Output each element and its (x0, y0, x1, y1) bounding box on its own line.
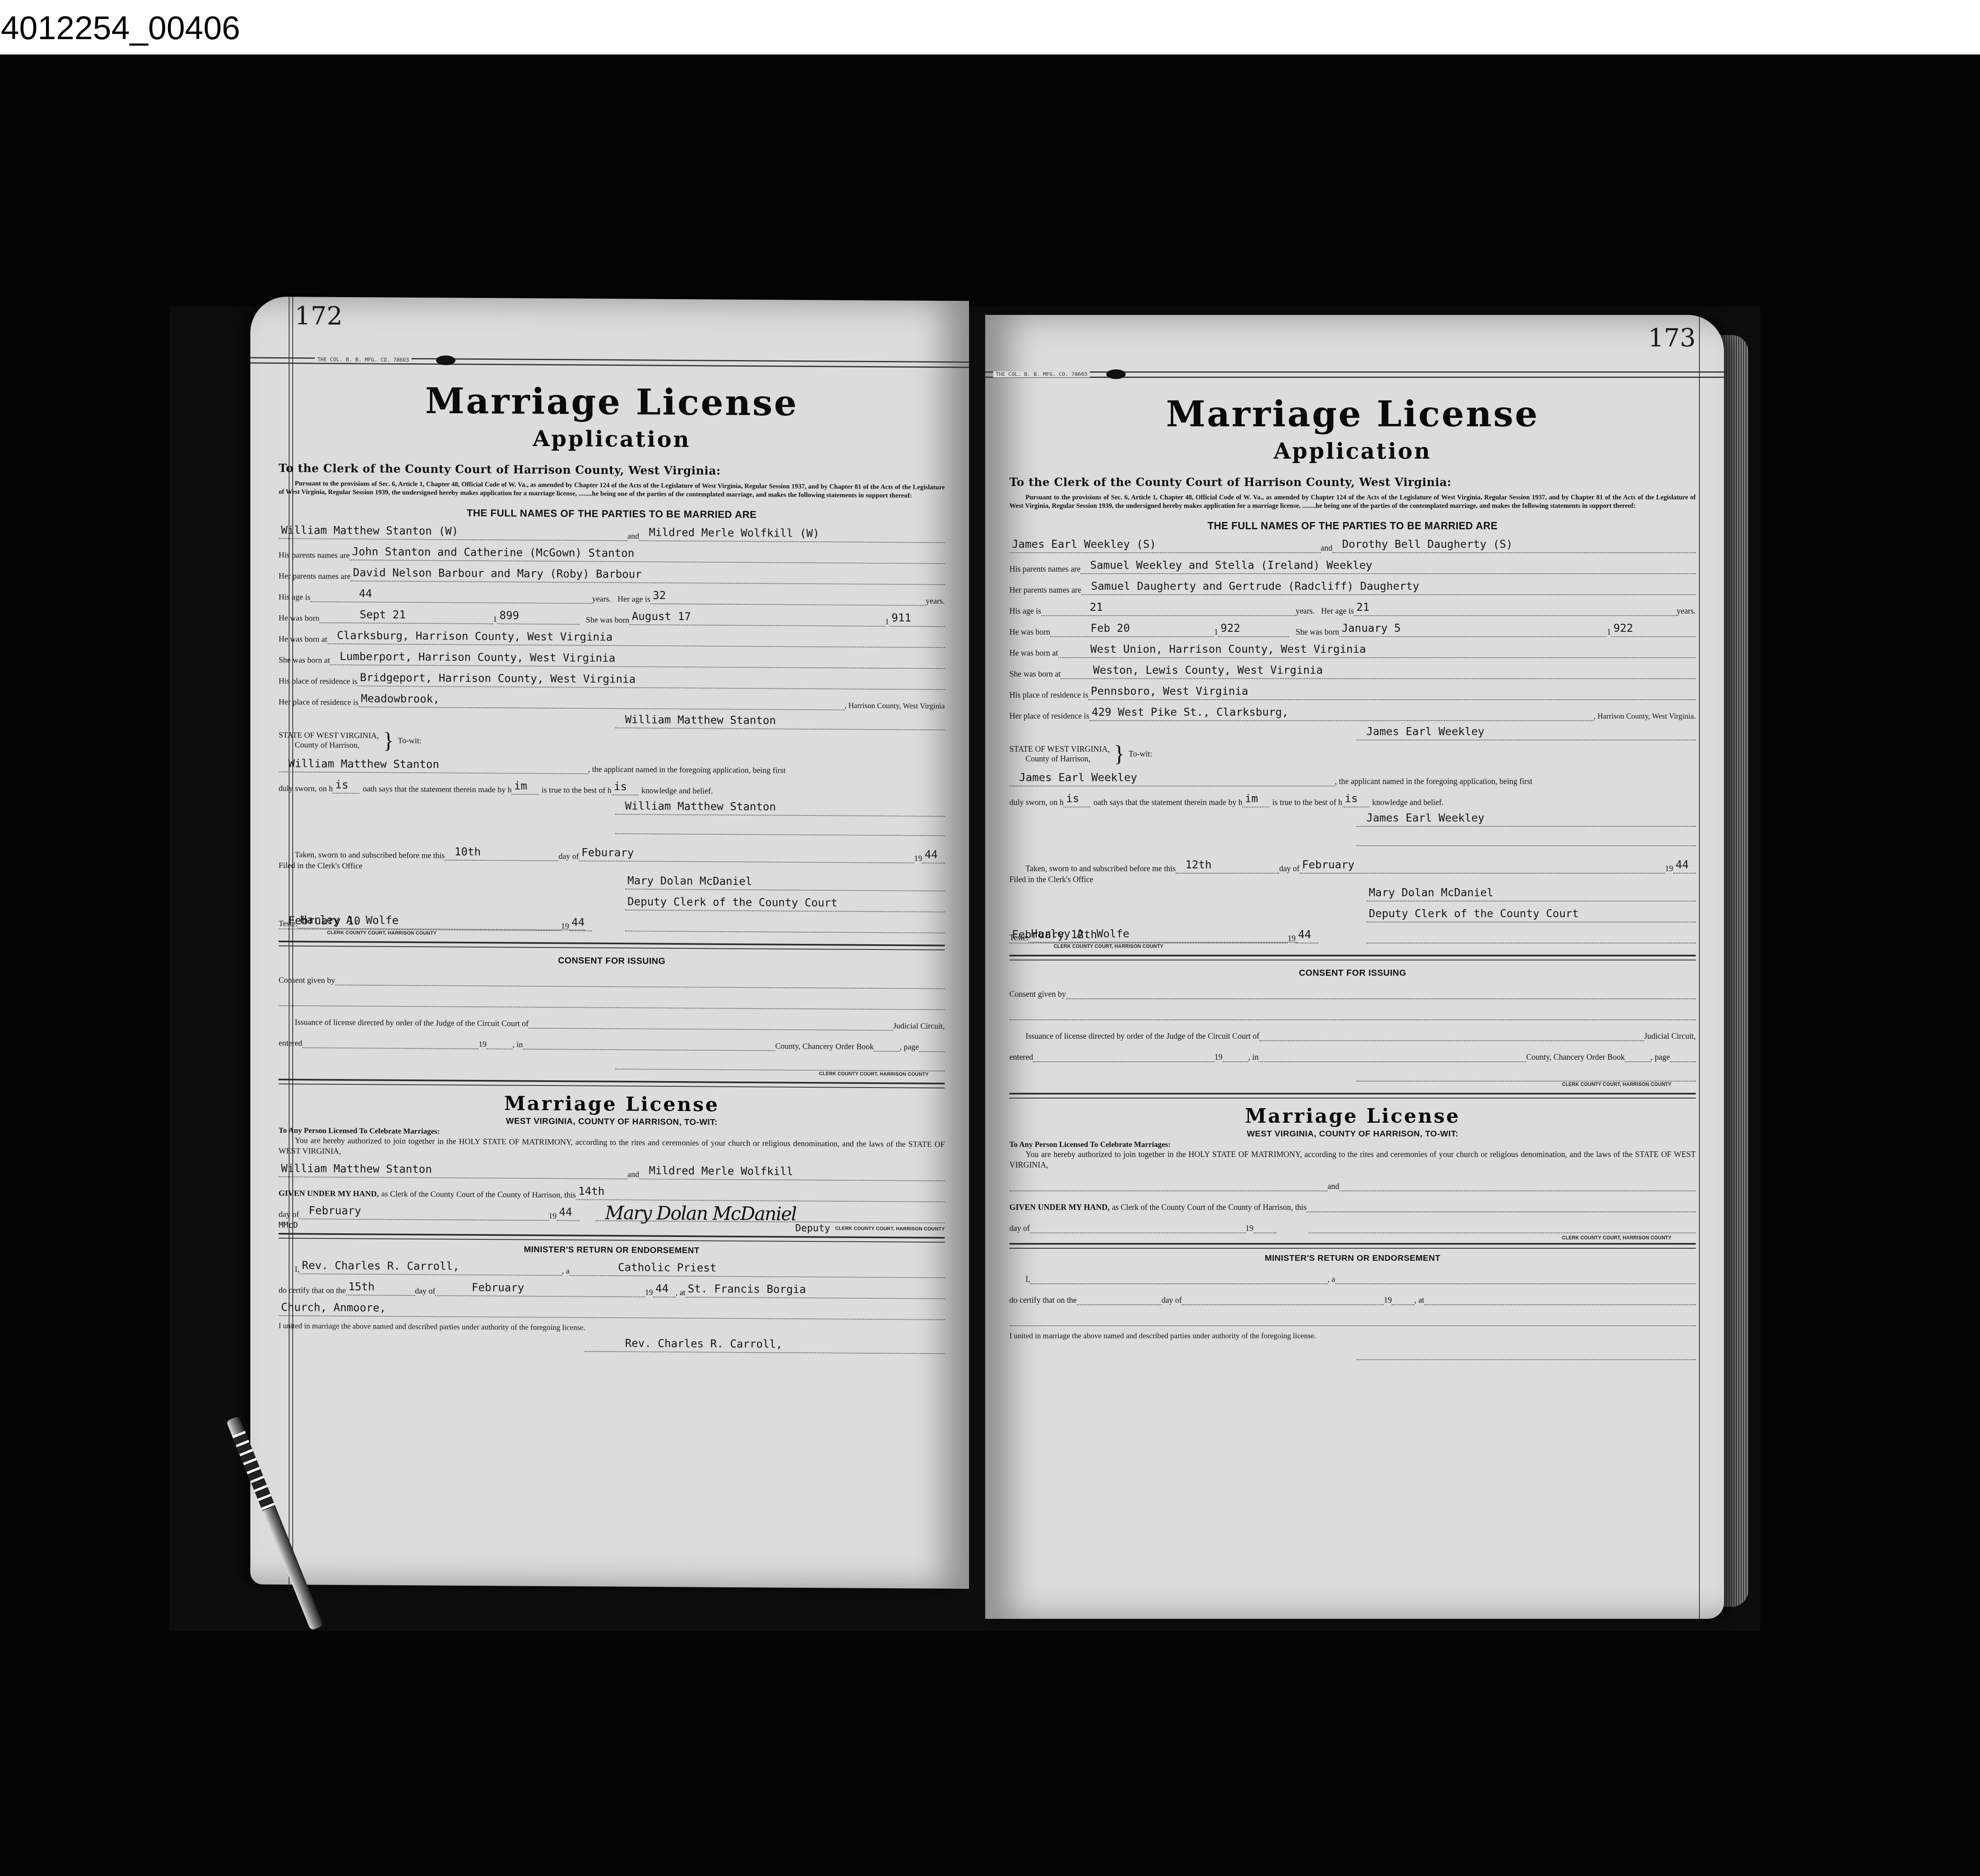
she-born-at-field[interactable]: Lumberport, Harrison County, West Virgin… (330, 650, 945, 669)
given-text: as Clerk of the County Court of the Coun… (1112, 1203, 1307, 1212)
minister-name-field[interactable] (1030, 1269, 1328, 1284)
consent-row: Consent given by (279, 970, 945, 989)
a-label: , a (562, 1266, 570, 1276)
applicant-name-field[interactable]: James Earl Weekley (1009, 771, 1335, 786)
marriage-day-field[interactable] (1077, 1290, 1162, 1305)
i-label: I, (1026, 1275, 1030, 1284)
clerk-name-row: Mary Dolan McDaniel (1366, 886, 1696, 901)
applicant-signature-field[interactable]: James Earl Weekley (1357, 811, 1696, 827)
years-label: years. (926, 597, 945, 606)
day-of-label: day of (1162, 1296, 1182, 1305)
and-label: and (1328, 1182, 1339, 1191)
applicant-row: William Matthew Stanton , the applicant … (279, 757, 945, 776)
issuance-row: Issuance of license directed by order of… (279, 1012, 945, 1031)
image-id-header: 4012254_00406 (0, 0, 1980, 54)
right-page: 173 THE COL. B. B. MFG. CO. 78603 Marria… (985, 315, 1724, 1619)
clerk-caption: CLERK COUNTY COURT, HARRISON COUNTY (1009, 1082, 1696, 1087)
her-residence-label: Her place of residence is (279, 698, 359, 707)
he-born-at-label: He was born at (279, 635, 327, 644)
county-order-label: County, Chancery Order Book (775, 1042, 874, 1052)
applicant-text: , the applicant named in the foregoing a… (1335, 777, 1532, 786)
his-parents-field[interactable]: Samuel Weekley and Stella (Ireland) Week… (1080, 559, 1696, 574)
section-divider (279, 1233, 945, 1243)
form-title: Marriage License (279, 377, 945, 426)
entered-label: entered (1009, 1053, 1033, 1062)
license-month-field[interactable]: February (299, 1204, 549, 1221)
issuance-label: Issuance of license directed by order of… (1026, 1032, 1259, 1041)
i-label: I, (295, 1265, 300, 1274)
certify-label: do certify that on the (279, 1286, 346, 1295)
her-age-label: Her age is (618, 595, 650, 604)
clerk-signature[interactable] (1309, 1218, 1696, 1233)
day-of-label: day of (279, 1210, 299, 1219)
license-names-row: and (1009, 1176, 1696, 1191)
oath-text: knowledge and belief. (1372, 798, 1444, 807)
teste-row: Teste: Harley A. Wolfe (1009, 927, 1298, 943)
oath-pronoun-field[interactable]: im (1242, 792, 1269, 807)
certify-label: do certify that on the (1009, 1296, 1077, 1305)
and-label: and (1321, 544, 1332, 553)
filed-label-row: Filed in the Clerk's Office (1009, 875, 1696, 885)
entered-label: entered (279, 1039, 302, 1048)
left-page-content: Marriage License Application To the Cler… (279, 377, 945, 1572)
oath-text: is true to the best of h (1272, 798, 1342, 807)
statute-paragraph: Pursuant to the provisions of Sec. 6, Ar… (1009, 493, 1696, 510)
oath-pronoun-field[interactable]: is (1342, 792, 1369, 807)
applicant-signature-row: James Earl Weekley (1009, 725, 1696, 740)
teste-label: Teste: (279, 919, 298, 929)
order-book-field[interactable] (874, 1036, 900, 1052)
he-born-at-field[interactable]: Clarksburg, Harrison County, West Virgin… (327, 629, 945, 648)
given-day-field[interactable] (1307, 1197, 1696, 1212)
blank-signature-row (1009, 831, 1696, 846)
form-subtitle: Application (279, 423, 945, 455)
state-county-labels: STATE OF WEST VIRGINIA, County of Harris… (1009, 744, 1110, 764)
she-born-year-field[interactable]: 922 (1611, 622, 1696, 637)
marriage-month-field[interactable] (1182, 1290, 1384, 1305)
consent-clerk-signature-field[interactable] (1357, 1066, 1696, 1082)
day-of-label: day of (415, 1287, 436, 1296)
clerk-initials: MMcD (279, 1220, 298, 1230)
brace-icon: } (383, 729, 394, 752)
brace-icon: } (1114, 743, 1124, 765)
application-section: Marriage License Application To the Cler… (1009, 392, 1696, 960)
printer-mark: THE COL. B. B. MFG. CO. 78603 (993, 371, 1090, 377)
blank-signature-field[interactable] (615, 819, 945, 836)
year-prefix: 19 (1665, 864, 1673, 874)
she-born-at-row: She was born at Lumberport, Harrison Cou… (279, 650, 945, 669)
left-page: 172 THE COL. B. B. MFG. CO. 78603 Marria… (250, 297, 969, 1589)
sworn-day-field[interactable]: 10th (445, 845, 559, 861)
his-age-field[interactable]: 21 (1041, 601, 1296, 616)
marriage-day-field[interactable]: 15th (346, 1280, 415, 1296)
she-born-year-field[interactable]: 911 (889, 611, 945, 627)
she-born-label: She was born (586, 616, 629, 625)
year-prefix: 19 (549, 1212, 557, 1221)
issuance-label: Issuance of license directed by order of… (295, 1018, 529, 1029)
names-row: William Matthew Stanton (W) and Mildred … (279, 524, 945, 543)
he-born-at-row: He was born at West Union, Harrison Coun… (1009, 643, 1696, 658)
page-label: , page (1651, 1053, 1670, 1062)
sworn-year-field[interactable]: 44 (922, 848, 945, 864)
names-heading: THE FULL NAMES OF THE PARTIES TO BE MARR… (1009, 520, 1696, 532)
clerk-blank-field[interactable] (625, 916, 945, 933)
she-born-at-label: She was born at (1009, 670, 1061, 679)
she-born-at-row: She was born at Weston, Lewis County, We… (1009, 664, 1696, 679)
teste-field[interactable]: Harley A. Wolfe (298, 913, 585, 930)
given-day-field[interactable]: 14th (576, 1184, 945, 1202)
applicant-signature-field[interactable]: William Matthew Stanton (615, 713, 945, 730)
bride-name-field[interactable]: Dorothy Bell Daugherty (S) (1332, 538, 1696, 553)
his-residence-field[interactable]: Pennsboro, West Virginia (1088, 685, 1696, 700)
county-order-label: County, Chancery Order Book (1526, 1053, 1625, 1062)
year-prefix: 1 (493, 615, 497, 624)
section-divider (1009, 955, 1696, 960)
license-year-field[interactable] (1254, 1218, 1276, 1233)
his-residence-label: His place of residence is (279, 677, 357, 686)
entered-year-field[interactable] (1223, 1047, 1248, 1062)
oath-text: oath says that the statement therein mad… (1093, 798, 1242, 807)
entered-row: entered 19 , in County, Chancery Order B… (1009, 1047, 1696, 1062)
teste-row: Teste: Harley A. Wolfe (279, 913, 585, 931)
oath-text: oath says that the statement therein mad… (363, 784, 512, 794)
his-residence-label: His place of residence is (1009, 691, 1088, 700)
marriage-place-field[interactable]: St. Francis Borgia (686, 1282, 945, 1299)
applicant-signature-field[interactable]: James Earl Weekley (1357, 725, 1696, 740)
oath-text: is true to the best of h (541, 786, 611, 795)
groom-name-field[interactable]: James Earl Weekley (S) (1009, 538, 1321, 553)
marriage-year-field[interactable]: 44 (653, 1282, 675, 1297)
marriage-place-field-2[interactable]: Church, Anmoore, (279, 1301, 945, 1320)
his-parents-label: His parents names are (279, 551, 350, 560)
a-label: , a (1328, 1275, 1335, 1284)
minister-section: MINISTER'S RETURN OR ENDORSEMENT I, , a … (1009, 1253, 1696, 1360)
county-field[interactable] (523, 1034, 775, 1051)
license-names-row: William Matthew Stanton and Mildred Merl… (279, 1162, 945, 1181)
section-divider (279, 941, 945, 950)
page-number: 173 (1648, 323, 1696, 352)
applicant-signature-row: William Matthew Stanton (279, 797, 945, 817)
given-under-label: GIVEN UNDER MY HAND, (1009, 1203, 1110, 1212)
clerk-block: Mary Dolan McDaniel Deputy Clerk of the … (1366, 885, 1696, 943)
sworn-month-field[interactable]: February (1300, 858, 1665, 874)
he-born-label: He was born (1009, 628, 1050, 637)
birth-date-row: He was born Feb 20 1 922 She was born Ja… (1009, 622, 1696, 637)
and-label: and (627, 1170, 639, 1179)
judicial-label: Judicial Circuit, (893, 1021, 945, 1031)
sworn-day-field[interactable]: 12th (1176, 858, 1279, 874)
clerk-title-field[interactable]: Deputy Clerk of the County Court (625, 895, 945, 912)
state-label: STATE OF WEST VIRGINIA, (1009, 744, 1110, 754)
clerk-name-field[interactable]: Mary Dolan McDaniel (625, 874, 945, 891)
license-section: Marriage License WEST VIRGINIA, COUNTY O… (1009, 1104, 1696, 1249)
he-born-year-field[interactable]: 899 (497, 609, 579, 625)
at-label: , at (1414, 1296, 1424, 1305)
her-age-field[interactable]: 21 (1354, 601, 1677, 616)
her-residence-field[interactable]: 429 West Pike St., Clarksburg, (1089, 706, 1594, 721)
license-state-line: WEST VIRGINIA, COUNTY OF HARRISON, TO-WI… (1009, 1129, 1696, 1139)
page-edges (1720, 335, 1748, 1607)
issuance-row: Issuance of license directed by order of… (1009, 1026, 1696, 1041)
form-title: Marriage License (1009, 392, 1696, 436)
clerk-blank-field[interactable] (1366, 928, 1696, 943)
names-row: James Earl Weekley (S) and Dorothy Bell … (1009, 538, 1696, 553)
oath-text: knowledge and belief. (642, 786, 713, 796)
day-of-label: day of (558, 852, 579, 861)
form-subtitle: Application (1009, 437, 1696, 465)
sworn-row: Taken, sworn to and subscribed before me… (1009, 858, 1696, 874)
sworn-label: Taken, sworn to and subscribed before me… (295, 850, 445, 860)
certify-row: do certify that on the day of 19 , at (1009, 1290, 1696, 1305)
statute-paragraph: Pursuant to the provisions of Sec. 6, Ar… (279, 479, 945, 500)
teste-field[interactable]: Harley A. Wolfe (1028, 927, 1298, 943)
his-age-field[interactable]: 44 (310, 587, 592, 604)
clerk-caption: CLERK COUNTY COURT, HARRISON COUNTY (835, 1225, 945, 1232)
year-prefix: 19 (1214, 1053, 1223, 1062)
minister-name-field[interactable]: Rev. Charles R. Carroll, (300, 1259, 562, 1276)
entered-year-field[interactable] (487, 1034, 512, 1049)
consent-row: Consent given by (1009, 984, 1696, 999)
consent-label: Consent given by (279, 976, 335, 985)
year-prefix: 19 (645, 1288, 653, 1297)
age-row: His age is 21 years. Her age is 21 years… (1009, 601, 1696, 616)
given-row: GIVEN UNDER MY HAND, as Clerk of the Cou… (279, 1183, 945, 1202)
and-label: and (627, 532, 639, 541)
license-section: Marriage License WEST VIRGINIA, COUNTY O… (279, 1090, 945, 1243)
page-number: 172 (295, 301, 342, 331)
minister-title-field[interactable]: Catholic Priest (570, 1260, 945, 1278)
her-residence-label: Her place of residence is (1009, 712, 1089, 721)
license-groom-field[interactable]: William Matthew Stanton (279, 1162, 627, 1179)
circuit-court-field[interactable] (529, 1013, 893, 1031)
applicant-name-field[interactable]: William Matthew Stanton (279, 757, 588, 774)
state-label: STATE OF WEST VIRGINIA, (279, 730, 379, 741)
sworn-label: Taken, sworn to and subscribed before me… (1026, 864, 1176, 874)
minister-heading: MINISTER'S RETURN OR ENDORSEMENT (1009, 1253, 1696, 1263)
marriage-place-field[interactable] (1424, 1290, 1696, 1305)
teste-label: Teste: (1009, 933, 1028, 943)
he-born-date-field[interactable]: Feb 20 (1050, 622, 1214, 637)
ornament-icon (1106, 369, 1126, 379)
she-born-date-field[interactable]: January 5 (1339, 622, 1607, 637)
consent-field-2[interactable] (279, 991, 945, 1010)
certify-row: do certify that on the 15th day of Febru… (279, 1280, 945, 1299)
her-parents-label: Her parents names are (1009, 586, 1081, 595)
filed-label: Filed in the Clerk's Office (279, 861, 363, 871)
license-groom-field[interactable] (1009, 1176, 1328, 1191)
license-bride-field[interactable] (1339, 1176, 1696, 1191)
sworn-row: Taken, sworn to and subscribed before me… (279, 844, 945, 864)
authorization-paragraph: You are hereby authorized to join togeth… (1009, 1149, 1696, 1170)
in-label: , in (1248, 1053, 1259, 1062)
county-field[interactable] (1258, 1047, 1526, 1062)
his-parents-label: His parents names are (1009, 565, 1080, 574)
license-month-field[interactable] (1030, 1218, 1246, 1233)
oath-row: duly sworn, on h is oath says that the s… (1009, 792, 1696, 807)
at-label: , at (675, 1288, 685, 1297)
day-of-label: day of (1279, 864, 1300, 874)
entered-field[interactable] (1033, 1047, 1214, 1062)
minister-signature-field[interactable] (1357, 1345, 1696, 1360)
clerk-signature[interactable]: Mary Dolan McDaniel (596, 1206, 945, 1223)
state-county-block: STATE OF WEST VIRGINIA, County of Harris… (1009, 743, 1696, 765)
minister-signature-row (1009, 1345, 1696, 1360)
year-prefix: 1 (1214, 628, 1218, 637)
groom-name-field[interactable]: William Matthew Stanton (W) (279, 524, 627, 541)
consent-field-2[interactable] (1009, 1005, 1696, 1020)
her-age-field[interactable]: 32 (650, 589, 926, 606)
filed-label: Filed in the Clerk's Office (1009, 875, 1093, 885)
her-age-label: Her age is (1321, 607, 1354, 616)
page-field[interactable] (919, 1037, 945, 1052)
applicant-text: , the applicant named in the foregoing a… (588, 765, 786, 776)
place-continued-row: Church, Anmoore, (279, 1301, 945, 1320)
day-of-label: day of (1009, 1224, 1030, 1233)
applicant-row: James Earl Weekley , the applicant named… (1009, 771, 1696, 786)
printer-mark: THE COL. B. B. MFG. CO. 78603 (315, 357, 411, 363)
to-any-person: To Any Person Licensed To Celebrate Marr… (1009, 1140, 1696, 1149)
his-residence-row: His place of residence is Bridgeport, Ha… (279, 671, 945, 690)
given-text: as Clerk of the County Court of the Coun… (381, 1190, 576, 1200)
county-suffix-label: , Harrison County, West Virginia. (1594, 712, 1696, 721)
consent-heading: CONSENT FOR ISSUING (279, 954, 945, 968)
applicant-signature-row: William Matthew Stanton (279, 711, 945, 730)
given-row: GIVEN UNDER MY HAND, as Clerk of the Cou… (1009, 1197, 1696, 1212)
minister-title-field[interactable] (1335, 1269, 1696, 1284)
year-prefix: 1 (885, 617, 889, 627)
consent-clerk-signature-field[interactable] (615, 1054, 945, 1071)
page-field[interactable] (1670, 1047, 1696, 1062)
applicant-signature-field[interactable]: William Matthew Stanton (615, 799, 945, 817)
marriage-place-field-2[interactable] (1009, 1311, 1696, 1326)
state-county-labels: STATE OF WEST VIRGINIA, County of Harris… (279, 730, 379, 750)
consent-section: CONSENT FOR ISSUING Consent given by Iss… (1009, 968, 1696, 1098)
year-prefix: 1 (1607, 628, 1611, 637)
years-label: years. (592, 595, 611, 604)
towit-label: To-wit: (1128, 750, 1152, 759)
her-parents-label: Her parents names are (279, 572, 350, 581)
section-divider (1009, 1093, 1696, 1098)
clerk-name-row: Mary Dolan McDaniel (625, 874, 945, 891)
oath-pronoun-field[interactable]: is (612, 780, 638, 795)
minister-section: MINISTER'S RETURN OR ENDORSEMENT I, Rev.… (279, 1243, 945, 1354)
oath-pronoun-field[interactable]: is (333, 778, 359, 794)
names-heading: THE FULL NAMES OF THE PARTIES TO BE MARR… (279, 506, 945, 522)
consent-heading: CONSENT FOR ISSUING (1009, 968, 1696, 978)
her-parents-row: Her parents names are David Nelson Barbo… (279, 566, 945, 585)
page-label: , page (900, 1042, 919, 1052)
year-prefix: 19 (914, 854, 922, 864)
clerk-block: Mary Dolan McDaniel Deputy Clerk of the … (625, 872, 945, 933)
header-rule (985, 371, 1724, 378)
blank-signature-row (279, 817, 945, 836)
united-statement: I united in marriage the above named and… (1009, 1332, 1696, 1341)
license-date-row: day of 19 (1009, 1218, 1696, 1233)
sworn-year-field[interactable]: 44 (1673, 858, 1696, 874)
minister-signature-row: Rev. Charles R. Carroll, (279, 1335, 945, 1354)
margin-rule (1699, 315, 1700, 1619)
oath-row: duly sworn, on h is oath says that the s… (279, 778, 945, 797)
consent-clerk-signature-row (1009, 1066, 1696, 1082)
years-label: years. (1677, 607, 1696, 616)
right-page-content: Marriage License Application To the Cler… (1009, 392, 1696, 1603)
her-residence-row: Her place of residence is Meadowbrook, ,… (279, 692, 945, 711)
minister-name-row: I, , a (1009, 1269, 1696, 1284)
license-bride-field[interactable]: Mildred Merle Wolfkill (639, 1164, 945, 1181)
he-born-at-row: He was born at Clarksburg, Harrison Coun… (279, 629, 945, 648)
he-born-label: He was born (279, 614, 319, 623)
given-under-label: GIVEN UNDER MY HAND, (279, 1189, 379, 1199)
her-residence-field[interactable]: Meadowbrook, (359, 692, 845, 710)
age-row: His age is 44 years. Her age is 32 years… (279, 587, 945, 606)
years-label: years. (1296, 607, 1315, 616)
she-born-at-label: She was born at (279, 656, 330, 665)
entered-field[interactable] (302, 1033, 479, 1049)
his-parents-field[interactable]: John Stanton and Catherine (McGown) Stan… (350, 545, 945, 564)
minister-name-row: I, Rev. Charles R. Carroll, , a Catholic… (279, 1259, 945, 1278)
license-title: Marriage License (1009, 1104, 1696, 1128)
application-section: Marriage License Application To the Cler… (279, 377, 945, 950)
his-residence-field[interactable]: Bridgeport, Harrison County, West Virgin… (357, 671, 945, 690)
oath-pronoun-field[interactable]: im (512, 780, 538, 795)
addressee: To the Clerk of the County Court of Harr… (279, 461, 945, 479)
oath-text: duly sworn, on h (279, 784, 333, 794)
united-statement: I united in marriage the above named and… (279, 1322, 945, 1335)
year-prefix: 19 (478, 1040, 487, 1049)
her-parents-field[interactable]: David Nelson Barbour and Mary (Roby) Bar… (350, 566, 945, 585)
clerk-blank-row (625, 916, 945, 933)
blank-signature-field[interactable] (1357, 831, 1696, 846)
she-born-date-field[interactable]: August 17 (629, 610, 885, 627)
consent-field[interactable] (1066, 984, 1696, 999)
she-born-at-field[interactable]: Weston, Lewis County, West Virginia (1061, 664, 1696, 679)
consent-label: Consent given by (1009, 990, 1066, 999)
she-born-label: She was born (1296, 628, 1339, 637)
minister-heading: MINISTER'S RETURN OR ENDORSEMENT (279, 1243, 945, 1257)
marriage-month-field[interactable]: February (435, 1281, 645, 1297)
clerk-title-field[interactable]: Deputy Clerk of the County Court (1366, 907, 1696, 922)
section-divider (279, 1079, 945, 1088)
ornament-icon (436, 355, 455, 365)
he-born-at-field[interactable]: West Union, Harrison County, West Virgin… (1058, 643, 1696, 658)
her-parents-row: Her parents names are Samuel Daugherty a… (1009, 580, 1696, 595)
his-age-label: His age is (1009, 607, 1041, 616)
order-book-field[interactable] (1625, 1047, 1651, 1062)
minister-signature-field[interactable]: Rev. Charles R. Carroll, (585, 1337, 945, 1354)
consent-row-2 (1009, 1005, 1696, 1020)
marriage-year-field[interactable] (1392, 1290, 1414, 1305)
his-parents-row: His parents names are John Stanton and C… (279, 545, 945, 564)
bride-name-field[interactable]: Mildred Merle Wolfkill (W) (639, 526, 945, 543)
sworn-month-field[interactable]: Feburary (579, 846, 914, 864)
he-born-year-field[interactable]: 922 (1218, 622, 1289, 637)
filed-year-field[interactable]: 44 (1296, 928, 1318, 943)
license-title: Marriage License (279, 1090, 945, 1118)
oath-pronoun-field[interactable]: is (1063, 792, 1090, 807)
license-year-field[interactable]: 44 (557, 1205, 579, 1221)
entered-row: entered 19 , in County, Chancery Order B… (279, 1033, 945, 1052)
clerk-title-row: Deputy Clerk of the County Court (1366, 907, 1696, 922)
her-parents-field[interactable]: Samuel Daugherty and Gertrude (Radcliff)… (1081, 580, 1696, 595)
county-label: County of Harrison, (279, 740, 379, 750)
applicant-signature-row: James Earl Weekley (1009, 811, 1696, 827)
county-label: County of Harrison, (1009, 754, 1110, 764)
consent-field[interactable] (335, 970, 945, 989)
he-born-date-field[interactable]: Sept 21 (319, 608, 493, 625)
circuit-court-field[interactable] (1259, 1026, 1644, 1041)
clerk-name-field[interactable]: Mary Dolan McDaniel (1366, 886, 1696, 901)
in-label: , in (512, 1040, 523, 1050)
